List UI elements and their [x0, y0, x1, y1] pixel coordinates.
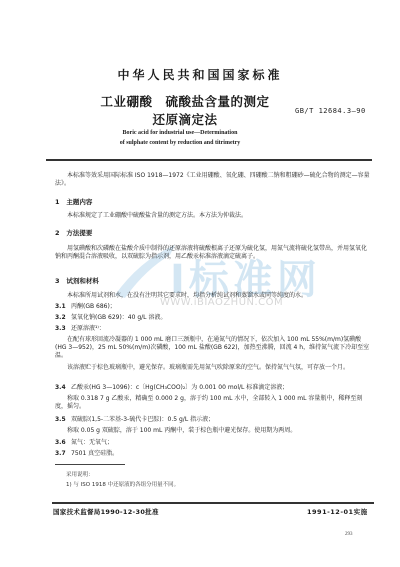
item-text: 7501 真空硅脂。 [71, 450, 118, 457]
footnote-text: 1) 与 ISO 1918 中还原液的各组分用量不同。 [66, 480, 179, 488]
section-number: 2 [55, 229, 60, 237]
page-number: 293 [345, 532, 353, 537]
item-number: 3.4 [55, 384, 71, 392]
item-number: 3.1 [55, 303, 71, 311]
section-2-text: 用氢碘酸和次磷酸在盐酸介质中制得的还原溶液将硫酸根离子还原为硫化氢，用氮气流将硫… [55, 245, 371, 261]
section-3-heading: 3 试剂和材料 [55, 276, 99, 285]
item-3-5-paragraph: 称取 0.05 g 双硫腙，溶于 100 mL 丙酮中，装于棕色瓶中避光保存。使… [55, 427, 371, 435]
item-text: 氢氧化钠(GB 629)：40 g/L 溶液。 [71, 314, 166, 321]
item-3-7: 3.77501 真空硅脂。 [55, 450, 371, 458]
section-title: 主题内容 [66, 198, 92, 206]
item-3-4: 3.4乙酸汞(HG 3—1096)：c〔Hg(CH₃COO)₂〕为 0.001 … [55, 384, 371, 392]
section-3-text: 本标准所用试剂和水，在没有注明其它要求时，均指分析纯试剂和蒸馏水或同等纯度的水。 [55, 292, 371, 300]
section-1-heading: 1 主题内容 [55, 197, 92, 206]
national-standard-heading: 中华人民共和国国家标准 [0, 66, 400, 83]
english-title-line1: Boric acid for industrial use—Determinat… [0, 130, 360, 136]
item-number: 3.6 [55, 439, 71, 447]
item-number: 3.7 [55, 450, 71, 458]
intro-paragraph: 本标准等效采用国际标准 ISO 1918—1972《工业用硼酸、氧化硼、四硼酸二… [55, 172, 371, 188]
section-number: 3 [55, 277, 60, 285]
implementation-date: 1991-12-01实施 [307, 507, 368, 516]
section-1-text: 本标准规定了工业硼酸中硫酸盐含量的测定方法。本方法为仲裁法。 [55, 212, 371, 220]
item-3-4-paragraph: 称取 0.318 7 g 乙酸汞，精确至 0.000 2 g，溶于约 100 m… [55, 395, 371, 411]
item-number: 3.5 [55, 416, 71, 424]
section-title: 方法提要 [66, 229, 92, 237]
item-3-3: 3.3还原溶液¹⁾： [55, 325, 371, 333]
item-3-5: 3.5双硫腙(1,5-二苯基-3-硫代卡巴腙)：0.5 g/L 指示液； [55, 416, 371, 424]
english-title-line2: of sulphate content by reduction and tit… [0, 140, 360, 146]
item-3-3-paragraph-1: 在配有球形回流冷凝器的 1 000 mL 磨口三颈瓶中，在通氮气的情况下，依次加… [55, 336, 371, 360]
item-3-3-paragraph-2: 该溶液贮于棕色玻璃瓶中，避光保存。玻璃瓶需先用氮气吹除原来的空气。保持氮气气氛，… [55, 364, 371, 372]
footnote-title: 采用说明： [66, 470, 94, 478]
footer-divider [52, 502, 374, 504]
section-2-heading: 2 方法提要 [55, 228, 92, 237]
section-title: 试剂和材料 [66, 277, 99, 285]
footnote-divider [55, 464, 125, 465]
item-text: 双硫腙(1,5-二苯基-3-硫代卡巴腙)：0.5 g/L 指示液； [71, 416, 214, 423]
item-number: 3.3 [55, 325, 71, 333]
header-divider [46, 159, 372, 161]
item-3-2: 3.2氢氧化钠(GB 629)：40 g/L 溶液。 [55, 314, 371, 322]
section-number: 1 [55, 198, 60, 206]
item-3-6: 3.6氮气：无氧气； [55, 439, 371, 447]
item-text: 丙酮(GB 686)； [71, 303, 116, 310]
approval-date: 国家技术监督局1990-12-30批准 [53, 507, 159, 516]
item-text: 乙酸汞(HG 3—1096)：c〔Hg(CH₃COO)₂〕为 0.001 00 … [71, 384, 288, 391]
item-3-1: 3.1丙酮(GB 686)； [55, 303, 371, 311]
item-text: 还原溶液¹⁾： [71, 325, 105, 332]
standard-number: GB/T 12684.3—90 [295, 107, 366, 115]
item-number: 3.2 [55, 314, 71, 322]
item-text: 氮气：无氧气； [71, 439, 113, 446]
